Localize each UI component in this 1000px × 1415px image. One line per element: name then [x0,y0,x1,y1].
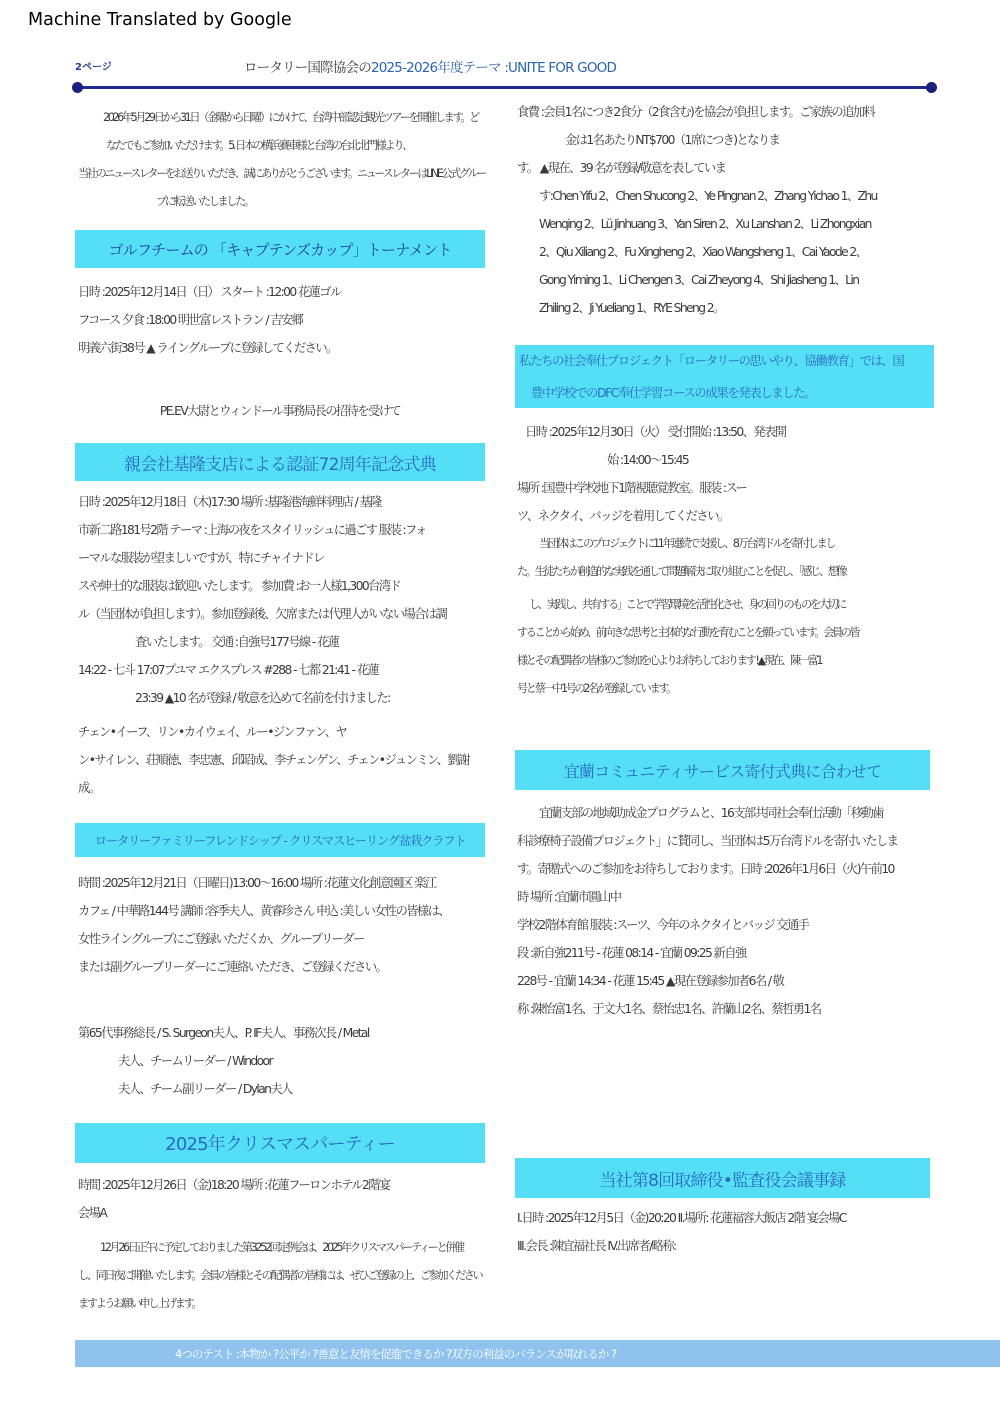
text-line: 時間 :2025年12月21日（日曜日)13:00～16:00 場所 :花蓮文化… [78,869,488,897]
text-line: することから始め、前向きな思考と主体的な行動を育むことを願っています。会員の皆 [517,619,942,647]
header-divider [75,86,932,89]
text-line: し、実践し、共有する」ことで学習環境を活性化させ、身の回りのものを大切に [517,591,942,619]
page-number: 2ページ [75,58,112,73]
divider-left-dot [72,82,83,93]
section-anniversary: 日時 :2025年12月18日（木)17:30 場所 :基隆港海鮮料理店 / 基… [78,488,488,712]
section-title-christmas: 2025年クリスマスパーティー [75,1123,485,1163]
divider-right-dot [926,82,937,93]
text-line: 始 :14:00～15:45 [517,446,942,474]
text-line: 時間 :2025年12月26日（金)18:20 場所 :花蓮フーロンホテル2階宴 [78,1171,488,1199]
text-line: Zhiling 2、Ji Yueliang 1、RYE Sheng 2。 [517,294,942,322]
text-line: フコース 夕食 :18:00 明世富レストラン / 吉安郷 [78,306,488,334]
text-line: 時 場所 :宜蘭市圓山中 [517,883,942,911]
text-line: スや紳士的な服装は歓迎いたします。 参加費 :お一人様1,300台湾ド [78,572,488,600]
text-line: 第65代事務総長 / S. Surgeon夫人、P. IF夫人、事務次長 / M… [78,1019,488,1047]
text-line: 号と蔡一中1号の2名が登録しています。 [517,675,942,703]
section-christmas-note: 12月26日正午に予定しておりました第3252回定例会は、2025年クリスマスパ… [78,1234,488,1318]
text-line: 学校2階体育館 服装 :スーツ、今年のネクタイとバッジ 交通手 [517,911,942,939]
section-yilan: 宜蘭支部の地域助成金プログラムと、16支部共同社会奉仕活動「移動歯 科診療椅子設… [517,799,942,1023]
translator-note: Machine Translated by Google [28,10,292,30]
section-registered-names: チェン•イーフ、リン•カイウェイ、ルー•ジンファン、ヤ ン•サイレン、荘順徳、李… [78,718,488,802]
text-line: す。寄贈式へのご参加をお待ちしております。日時 :2026年1月6日（火)午前1… [517,855,942,883]
four-way-test-text: 4つのテスト :本物か ?公平か ?善意と友情を促進できるか ?双方の利益のバラ… [75,1346,616,1362]
document-page: Machine Translated by Google 2ページ ロータリー国… [0,0,1000,1415]
text-line: 会場A [78,1199,488,1227]
text-line: 夫人、チーム副リーダー / Dylan夫人 [78,1075,488,1103]
section-title-anniversary: 親会社基隆支店による認証72周年記念式典 [75,443,485,481]
text-line: 日時 :2025年12月14日（日） スタート :12:00 花蓮ゴル [78,278,488,306]
text-line: チェン•イーフ、リン•カイウェイ、ルー•ジンファン、ヤ [78,718,488,746]
footer-banner: 4つのテスト :本物か ?公平か ?善意と友情を促進できるか ?双方の利益のバラ… [75,1340,1000,1367]
text-line: 査いたします。 交通 :自強号177号線 - 花蓮 [78,628,488,656]
text-line: Wenqing 2、Lü Jinhuang 3、Yan Siren 2、Xu L… [517,210,942,238]
section-title-line: 豊中学校でのDFC奉仕学習コースの成果を発表しました。 [519,377,815,409]
text-line: 明義六街38号 ▲ ライングループに登録してください。 [78,334,488,362]
text-line: ツ、ネクタイ、バッジを着用してください。 [517,502,942,530]
text-line: 金は1名あたりNT$700（1席につき)となりま [517,126,942,154]
text-line: または副グループリーダーにご連絡いただき、ご登録ください。 [78,953,488,981]
text-line: I.日時 :2025年12月5日（金)20:20 II.場所: 花蓮福容大飯店 … [517,1204,942,1232]
text-line: 日時 :2025年12月30日（火） 受付開始 :13:50、発表開 [517,418,942,446]
section-meal-fees: 食費 :会員1名につき2食分（2食含む)を協会が負担します。ご家族の追加料 金は… [517,98,942,322]
text-line: 当社のニュースレターをお送りいただき、誠にありがとうございます。ニュースレターは… [78,160,488,188]
text-line: す:Chen Yifu 2、Chen Shucong 2、Ye Pingnan … [517,182,942,210]
text-line: 2、Qiu Xiliang 2、Fu Xingheng 2、Xiao Wangs… [517,238,942,266]
text-line: 宜蘭支部の地域助成金プログラムと、16支部共同社会奉仕活動「移動歯 [517,799,942,827]
text-line: し、同日夜に開催いたします。会員の皆様とその配偶者の皆様には、ぜひご登録の上、ご… [78,1262,488,1290]
section-title-bonsai: ロータリーファミリーフレンドシップ - クリスマスヒーリング盆栽クラフト [75,823,485,857]
text-line: 食費 :会員1名につき2食分（2食含む)を協会が負担します。ご家族の追加料 [517,98,942,126]
text-line: 228号 - 宜蘭 14:34 - 花蓮 15:45 ▲現在登録参加者6名 / … [517,967,942,995]
theme-title-prefix: ロータリー国際協会の [244,60,371,76]
text-line: 様とその配偶者の皆様のご参加を心よりお待ちしております !▲現在、陳一富1 [517,647,942,675]
text-line: ますようお願い申し上げます。 [78,1290,488,1318]
text-line: 14:22 - 七斗 17:07プユマ エクスプレス #288 - 七都 21:… [78,656,488,684]
text-line: 日時 :2025年12月18日（木)17:30 場所 :基隆港海鮮料理店 / 基… [78,488,488,516]
section-title-service-project: 私たちの社会奉仕プロジェクト「ロータリーの思いやり、協働教育」では、国 豊中学校… [515,345,934,408]
text-line: 段 :新自強211号 - 花蓮 08:14 - 宜蘭 09:25 新自強 [517,939,942,967]
section-title-line: 私たちの社会奉仕プロジェクト「ロータリーの思いやり、協働教育」では、国 [519,345,903,377]
text-line: た。生徒たちが創造的な実践を通して問題解決に取り組むことを促し、「感じ、想像 [517,558,942,586]
text-line: 科診療椅子設備プロジェクト」に賛同し、当団体は5万台湾ドルを寄付いたしま [517,827,942,855]
theme-title-highlight: 2025-2026年度テーマ :UNITE FOR GOOD [371,60,616,76]
section-officers: 第65代事務総長 / S. Surgeon夫人、P. IF夫人、事務次長 / M… [78,1019,488,1103]
text-line: III.会長 :陳宜福社長 IV.出席者/略称: [517,1232,942,1260]
text-line: 市新二路181号2階 テーマ :上海の夜をスタイリッシュに過ごす 服装 :フォ [78,516,488,544]
section-title-board-minutes: 当社第8回取締役•監査役会議事録 [515,1158,930,1198]
section-service-project: 日時 :2025年12月30日（火） 受付開始 :13:50、発表開 始 :14… [517,418,942,586]
section-service-project-cont: し、実践し、共有する」ことで学習環境を活性化させ、身の回りのものを大切に するこ… [517,591,942,703]
text-line: 女性ライングループにご登録いただくか、グループリーダー [78,925,488,953]
section-board-minutes: I.日時 :2025年12月5日（金)20:20 II.場所: 花蓮福容大飯店 … [517,1204,942,1260]
text-line: PE.EV大尉とウィンドール事務局長の招待を受けて [78,397,482,425]
text-line: ル（当団体が負担します）。参加登録後、欠席または代理人がいない場合は調 [78,600,488,628]
text-line: 成。 [78,774,488,802]
section-christmas: 時間 :2025年12月26日（金)18:20 場所 :花蓮フーロンホテル2階宴… [78,1171,488,1227]
text-line: 当団体はこのプロジェクトに11年連続で支援し、8万台湾ドルを寄付しまし [517,530,942,558]
text-line: 称 :陳怡富1名、于文大1名、蔡怡忠1名、許蘭山2名、蔡哲勇1名 [517,995,942,1023]
text-line: プに転送いたしました。 [78,188,488,216]
text-line: なたでもご参加いただけます。5. 日本の横浜賽車様と台湾の台北北門様より、 [78,132,488,160]
section-title-golf: ゴルフチームの 「キャプテンズカップ」トーナメント [75,230,485,268]
text-line: ン•サイレン、荘順徳、李忠憲、邱昭成、李チェンゲン、チェン•ジュンミン、劉謝 [78,746,488,774]
section-invite: PE.EV大尉とウィンドール事務局長の招待を受けて [78,397,482,425]
section-bonsai: 時間 :2025年12月21日（日曜日)13:00～16:00 場所 :花蓮文化… [78,869,488,981]
text-line: 23:39 ▲10 名が登録 / 敬意を込めて名前を付けました: [78,684,488,712]
section-intro: 2026年5月29日から31日（金曜から日曜）にかけて、台湾中部認定観光ツアーを… [78,104,488,216]
section-golf: 日時 :2025年12月14日（日） スタート :12:00 花蓮ゴル フコース… [78,278,488,362]
text-line: カフェ / 中華路144号 講師 :容季夫人、黄睿珍さん 申込 :美しい女性の皆… [78,897,488,925]
text-line: す。 ▲現在、39 名が登録/敬意を表していま [517,154,942,182]
text-line: 2026年5月29日から31日（金曜から日曜）にかけて、台湾中部認定観光ツアーを… [78,104,488,132]
text-line: 夫人、チームリーダー / Windoor [78,1047,488,1075]
text-line: Gong Yiming 1、Li Chengen 3、Cai Zheyong 4… [517,266,942,294]
text-line: ーマルな服装が望ましいですが、特にチャイナドレ [78,544,488,572]
page-title: ロータリー国際協会の2025-2026年度テーマ :UNITE FOR GOOD [170,56,690,76]
text-line: 場所 :国豊中学校地下1階視聴覚教室。服装 :スー [517,474,942,502]
text-line: 12月26日正午に予定しておりました第3252回定例会は、2025年クリスマスパ… [78,1234,488,1262]
section-title-yilan: 宜蘭コミュニティサービス寄付式典に合わせて [515,750,930,790]
